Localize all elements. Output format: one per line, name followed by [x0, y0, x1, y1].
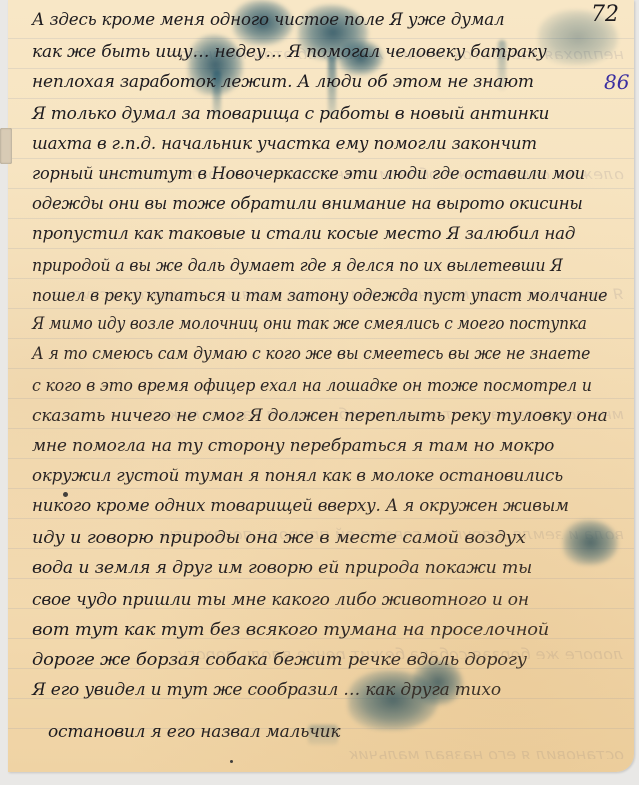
ruled-line: [8, 188, 634, 189]
binding-tear: [0, 128, 12, 164]
text-line: Я его увидел и тут же сообразил … как др…: [32, 680, 501, 700]
text-line: одежды они вы тоже обратили внимание на …: [32, 194, 583, 214]
text-line: мне помогла на ту сторону перебраться я …: [32, 436, 554, 456]
ruled-line: [8, 458, 634, 459]
ruled-line: [8, 368, 634, 369]
text-line: вода и земля я друг им говорю ей природа…: [32, 558, 532, 578]
text-line: пошел в реку купаться и там затону одежд…: [32, 286, 607, 306]
ruled-line: [8, 548, 634, 549]
text-line: дороге же борзая собака бежит речке вдол…: [32, 650, 527, 670]
ruled-line: [8, 128, 634, 129]
text-line: горный институт в Новочеркасске эти люди…: [32, 164, 585, 184]
text-line: остановил я его назвал мальчик: [48, 722, 340, 742]
ruled-line: [8, 98, 634, 99]
text-line: Я только думал за товарища с работы в но…: [32, 104, 549, 124]
text-line: А здесь кроме меня одного чистое поле Я …: [32, 10, 504, 30]
text-line: шахта в г.п.д. начальник участка ему пом…: [32, 134, 537, 154]
text-line: неплохая заработок лежит. А люди об этом…: [32, 72, 534, 92]
text-line: никого кроме одних товарищей вверху. А я…: [32, 496, 569, 516]
ruled-line: [8, 518, 634, 519]
ruled-line: [8, 428, 634, 429]
text-line: А я то смеюсь сам думаю с кого же вы сме…: [32, 344, 590, 364]
ruled-line: [8, 398, 634, 399]
text-line: с кого в это время офицер ехал на лошадк…: [32, 376, 592, 396]
text-line: сказать ничего не смог Я должен переплыт…: [32, 406, 608, 426]
ink-spot: [230, 760, 233, 763]
ruled-line: [8, 338, 634, 339]
bleed-through-text: остановил я его назвал мальчик: [38, 745, 624, 759]
text-line: как же быть ищу… недеу… Я помогал челове…: [32, 42, 547, 62]
ruled-line: [8, 578, 634, 579]
ink-spot: [63, 492, 68, 497]
text-line: иду и говорю природы она же в месте само…: [32, 528, 526, 548]
text-line: свое чудо пришли ты мне какого либо живо…: [32, 590, 529, 610]
text-line: окружил густой туман я понял как в молок…: [32, 466, 563, 486]
text-line: Я мимо иду возле молочниц они так же сме…: [32, 314, 587, 334]
ruled-line: [8, 218, 634, 219]
text-line: природой а вы же даль думает где я делся…: [32, 256, 563, 276]
ruled-line: [8, 158, 634, 159]
ruled-line: [8, 308, 634, 309]
page-number-margin: 86: [604, 70, 629, 94]
text-line: пропустил как таковые и стали косые мест…: [32, 224, 575, 244]
text-line: вот тут как тут без всякого тумана на пр…: [32, 620, 549, 640]
ink-blot: [563, 520, 618, 565]
ruled-line: [8, 278, 634, 279]
ruled-line: [8, 248, 634, 249]
manuscript-page: неплохая заработок лежит. А люди об этом…: [8, 0, 634, 772]
ruled-line: [8, 68, 634, 69]
page-number-top: 72: [591, 2, 619, 27]
ruled-line: [8, 488, 634, 489]
